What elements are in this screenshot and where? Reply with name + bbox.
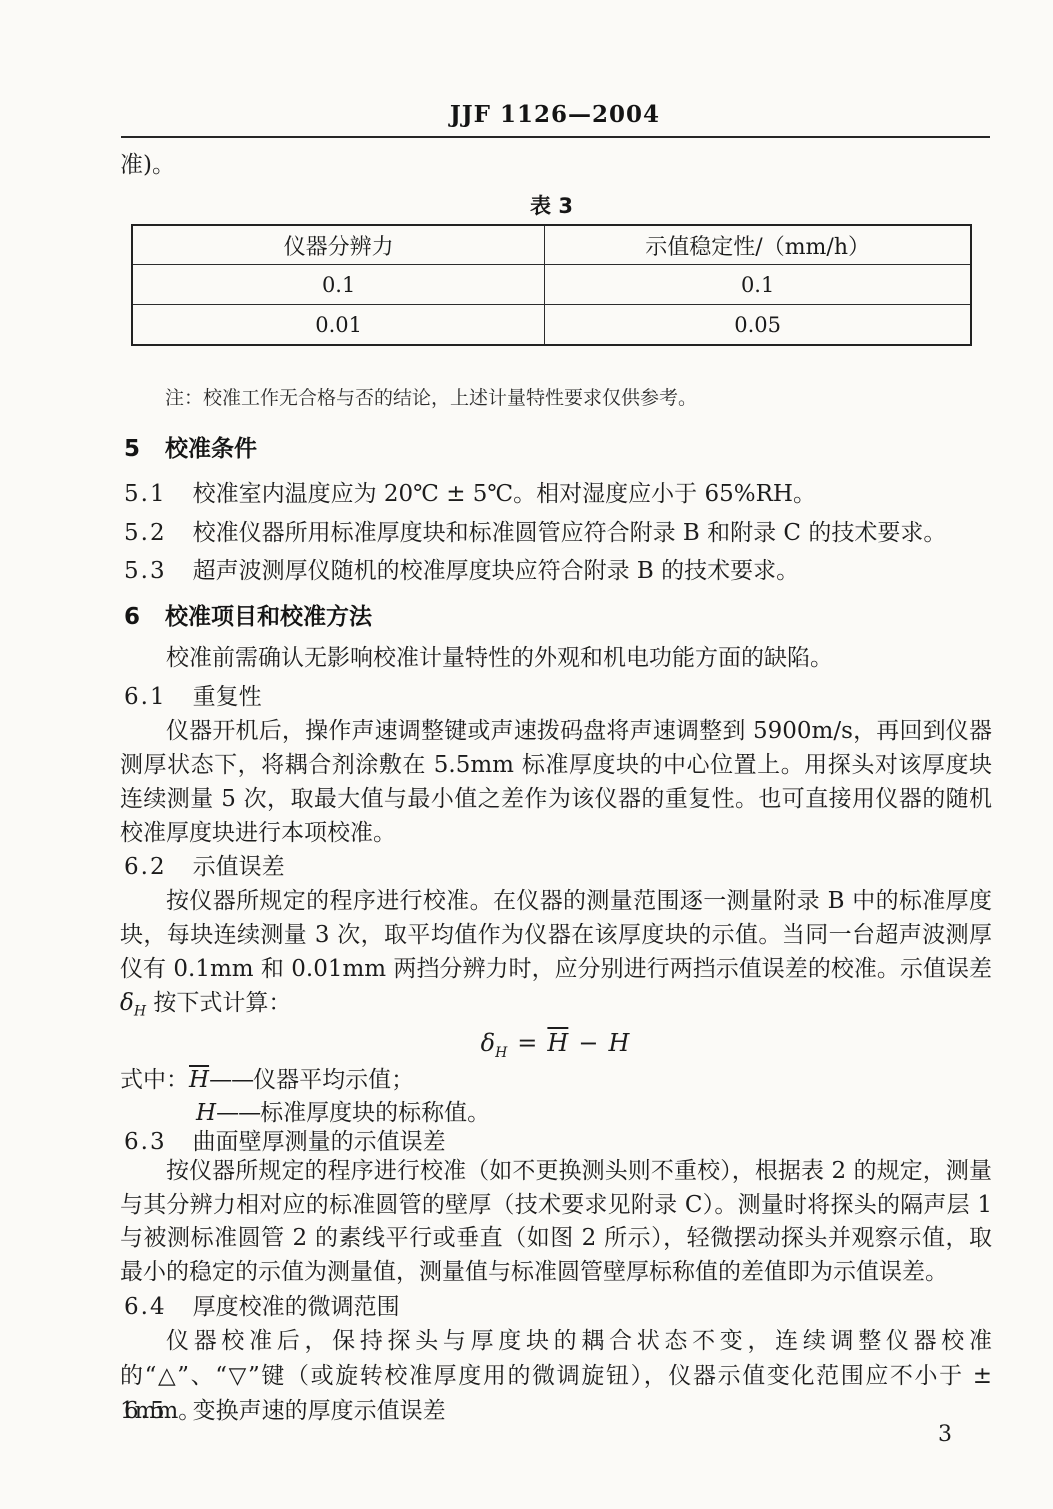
clause-5-1: 5.1校准室内温度应为 20℃ ± 5℃。相对湿度应小于 65%RH。 xyxy=(124,479,990,510)
clause-6-5-heading: 6.5变换声速的厚度示值误差 xyxy=(124,1396,990,1427)
table-row: 0.01 0.05 xyxy=(132,305,971,346)
clause-5-1-number: 5.1 xyxy=(124,481,167,507)
cell-resolution-2: 0.01 xyxy=(132,305,545,346)
where-dash: —— xyxy=(209,1067,253,1093)
clause-6-1-heading: 6.1重复性 xyxy=(124,682,990,713)
clause-5-3: 5.3超声波测厚仪随机的校准厚度块应符合附录 B 的技术要求。 xyxy=(124,556,990,587)
minus-sign: − xyxy=(578,1029,598,1057)
clause-5-3-text: 超声波测厚仪随机的校准厚度块应符合附录 B 的技术要求。 xyxy=(193,558,800,584)
clause-6-3-title: 曲面壁厚测量的示值误差 xyxy=(193,1129,446,1155)
header-rule xyxy=(121,136,990,138)
where-dash: —— xyxy=(216,1100,260,1126)
where-h-definition: 标准厚度块的标称值。 xyxy=(260,1100,490,1126)
cell-stability-2: 0.05 xyxy=(545,305,971,346)
clause-6-5-number: 6.5 xyxy=(124,1398,167,1424)
formula-h: H xyxy=(608,1029,629,1057)
formula-indication-error: δH=H−H xyxy=(120,1026,990,1060)
clause-6-3-heading: 6.3曲面壁厚测量的示值误差 xyxy=(124,1127,990,1158)
page-number: 3 xyxy=(938,1422,952,1447)
table-3: 仪器分辨力 示值稳定性/（mm/h） 0.1 0.1 0.01 0.05 xyxy=(131,224,972,346)
column-header-stability: 示值稳定性/（mm/h） xyxy=(545,225,971,265)
clause-6-2-heading: 6.2示值误差 xyxy=(124,852,990,883)
where-label: 式中： xyxy=(120,1067,189,1093)
page-header-code: JJF 1126—2004 xyxy=(120,101,990,128)
clause-6-2-body-text: 按仪器所规定的程序进行校准。在仪器的测量范围逐一测量附录 B 中的标准厚度块，每… xyxy=(120,888,992,982)
clause-6-1-number: 6.1 xyxy=(124,684,167,710)
formula-delta: δ xyxy=(481,1029,495,1057)
section-5-heading: 5校准条件 xyxy=(124,434,990,464)
section-5-title: 校准条件 xyxy=(165,436,257,462)
where-h-bar: H xyxy=(189,1067,209,1093)
formula-where-line-1: 式中：H——仪器平均示值； xyxy=(120,1064,992,1096)
formula-delta-subscript: H xyxy=(495,1045,507,1061)
delta-symbol: δ xyxy=(120,990,134,1016)
clause-6-5-title: 变换声速的厚度示值误差 xyxy=(193,1398,446,1424)
table-row: 0.1 0.1 xyxy=(132,265,971,305)
clause-5-2: 5.2校准仪器所用标准厚度块和标准圆管应符合附录 B 和附录 C 的技术要求。 xyxy=(124,518,990,549)
where-h: H xyxy=(196,1100,216,1126)
clause-6-4-number: 6.4 xyxy=(124,1294,167,1320)
delta-subscript: H xyxy=(134,1004,146,1020)
section-6-title: 校准项目和校准方法 xyxy=(165,604,372,630)
clause-5-2-number: 5.2 xyxy=(124,520,167,546)
section-5-number: 5 xyxy=(124,436,140,462)
cell-resolution-1: 0.1 xyxy=(132,265,545,305)
clause-5-3-number: 5.3 xyxy=(124,558,167,584)
formula-h-bar: H xyxy=(547,1029,568,1057)
clause-6-2-body-tail: 按下式计算： xyxy=(146,990,291,1016)
equals-sign: = xyxy=(517,1029,537,1057)
clause-6-1-body: 仪器开机后，操作声速调整键或声速拨码盘将声速调整到 5900m/s，再回到仪器测… xyxy=(120,714,992,850)
clause-6-3-number: 6.3 xyxy=(124,1129,167,1155)
clause-6-4-title: 厚度校准的微调范围 xyxy=(193,1294,400,1320)
clause-5-1-text: 校准室内温度应为 20℃ ± 5℃。相对湿度应小于 65%RH。 xyxy=(193,481,816,507)
clause-6-2-number: 6.2 xyxy=(124,854,167,880)
table-note: 注：校准工作无合格与否的结论，上述计量特性要求仅供参考。 xyxy=(165,385,985,411)
formula-where-line-2: H——标准厚度块的标称值。 xyxy=(196,1097,992,1129)
clause-6-4-heading: 6.4厚度校准的微调范围 xyxy=(124,1292,990,1323)
where-h-bar-definition: 仪器平均示值； xyxy=(253,1067,414,1093)
clause-6-2-body: 按仪器所规定的程序进行校准。在仪器的测量范围逐一测量附录 B 中的标准厚度块，每… xyxy=(120,884,992,1020)
document-page: JJF 1126—2004 准)。 表 3 仪器分辨力 示值稳定性/（mm/h）… xyxy=(0,0,1053,1509)
section-6-intro: 校准前需确认无影响校准计量特性的外观和机电功能方面的缺陷。 xyxy=(120,641,992,675)
table-caption: 表 3 xyxy=(131,190,972,220)
section-6-heading: 6校准项目和校准方法 xyxy=(124,602,990,632)
cell-stability-1: 0.1 xyxy=(545,265,971,305)
clause-6-3-body: 按仪器所规定的程序进行校准（如不更换测头则不重校），根据表 2 的规定，测量与其… xyxy=(120,1155,992,1289)
clause-5-2-text: 校准仪器所用标准厚度块和标准圆管应符合附录 B 和附录 C 的技术要求。 xyxy=(193,520,947,546)
table-header-row: 仪器分辨力 示值稳定性/（mm/h） xyxy=(132,225,971,265)
clause-6-2-title: 示值误差 xyxy=(193,854,285,880)
section-6-number: 6 xyxy=(124,604,140,630)
clause-6-1-title: 重复性 xyxy=(193,684,262,710)
continuation-text: 准)。 xyxy=(120,149,990,181)
column-header-resolution: 仪器分辨力 xyxy=(132,225,545,265)
